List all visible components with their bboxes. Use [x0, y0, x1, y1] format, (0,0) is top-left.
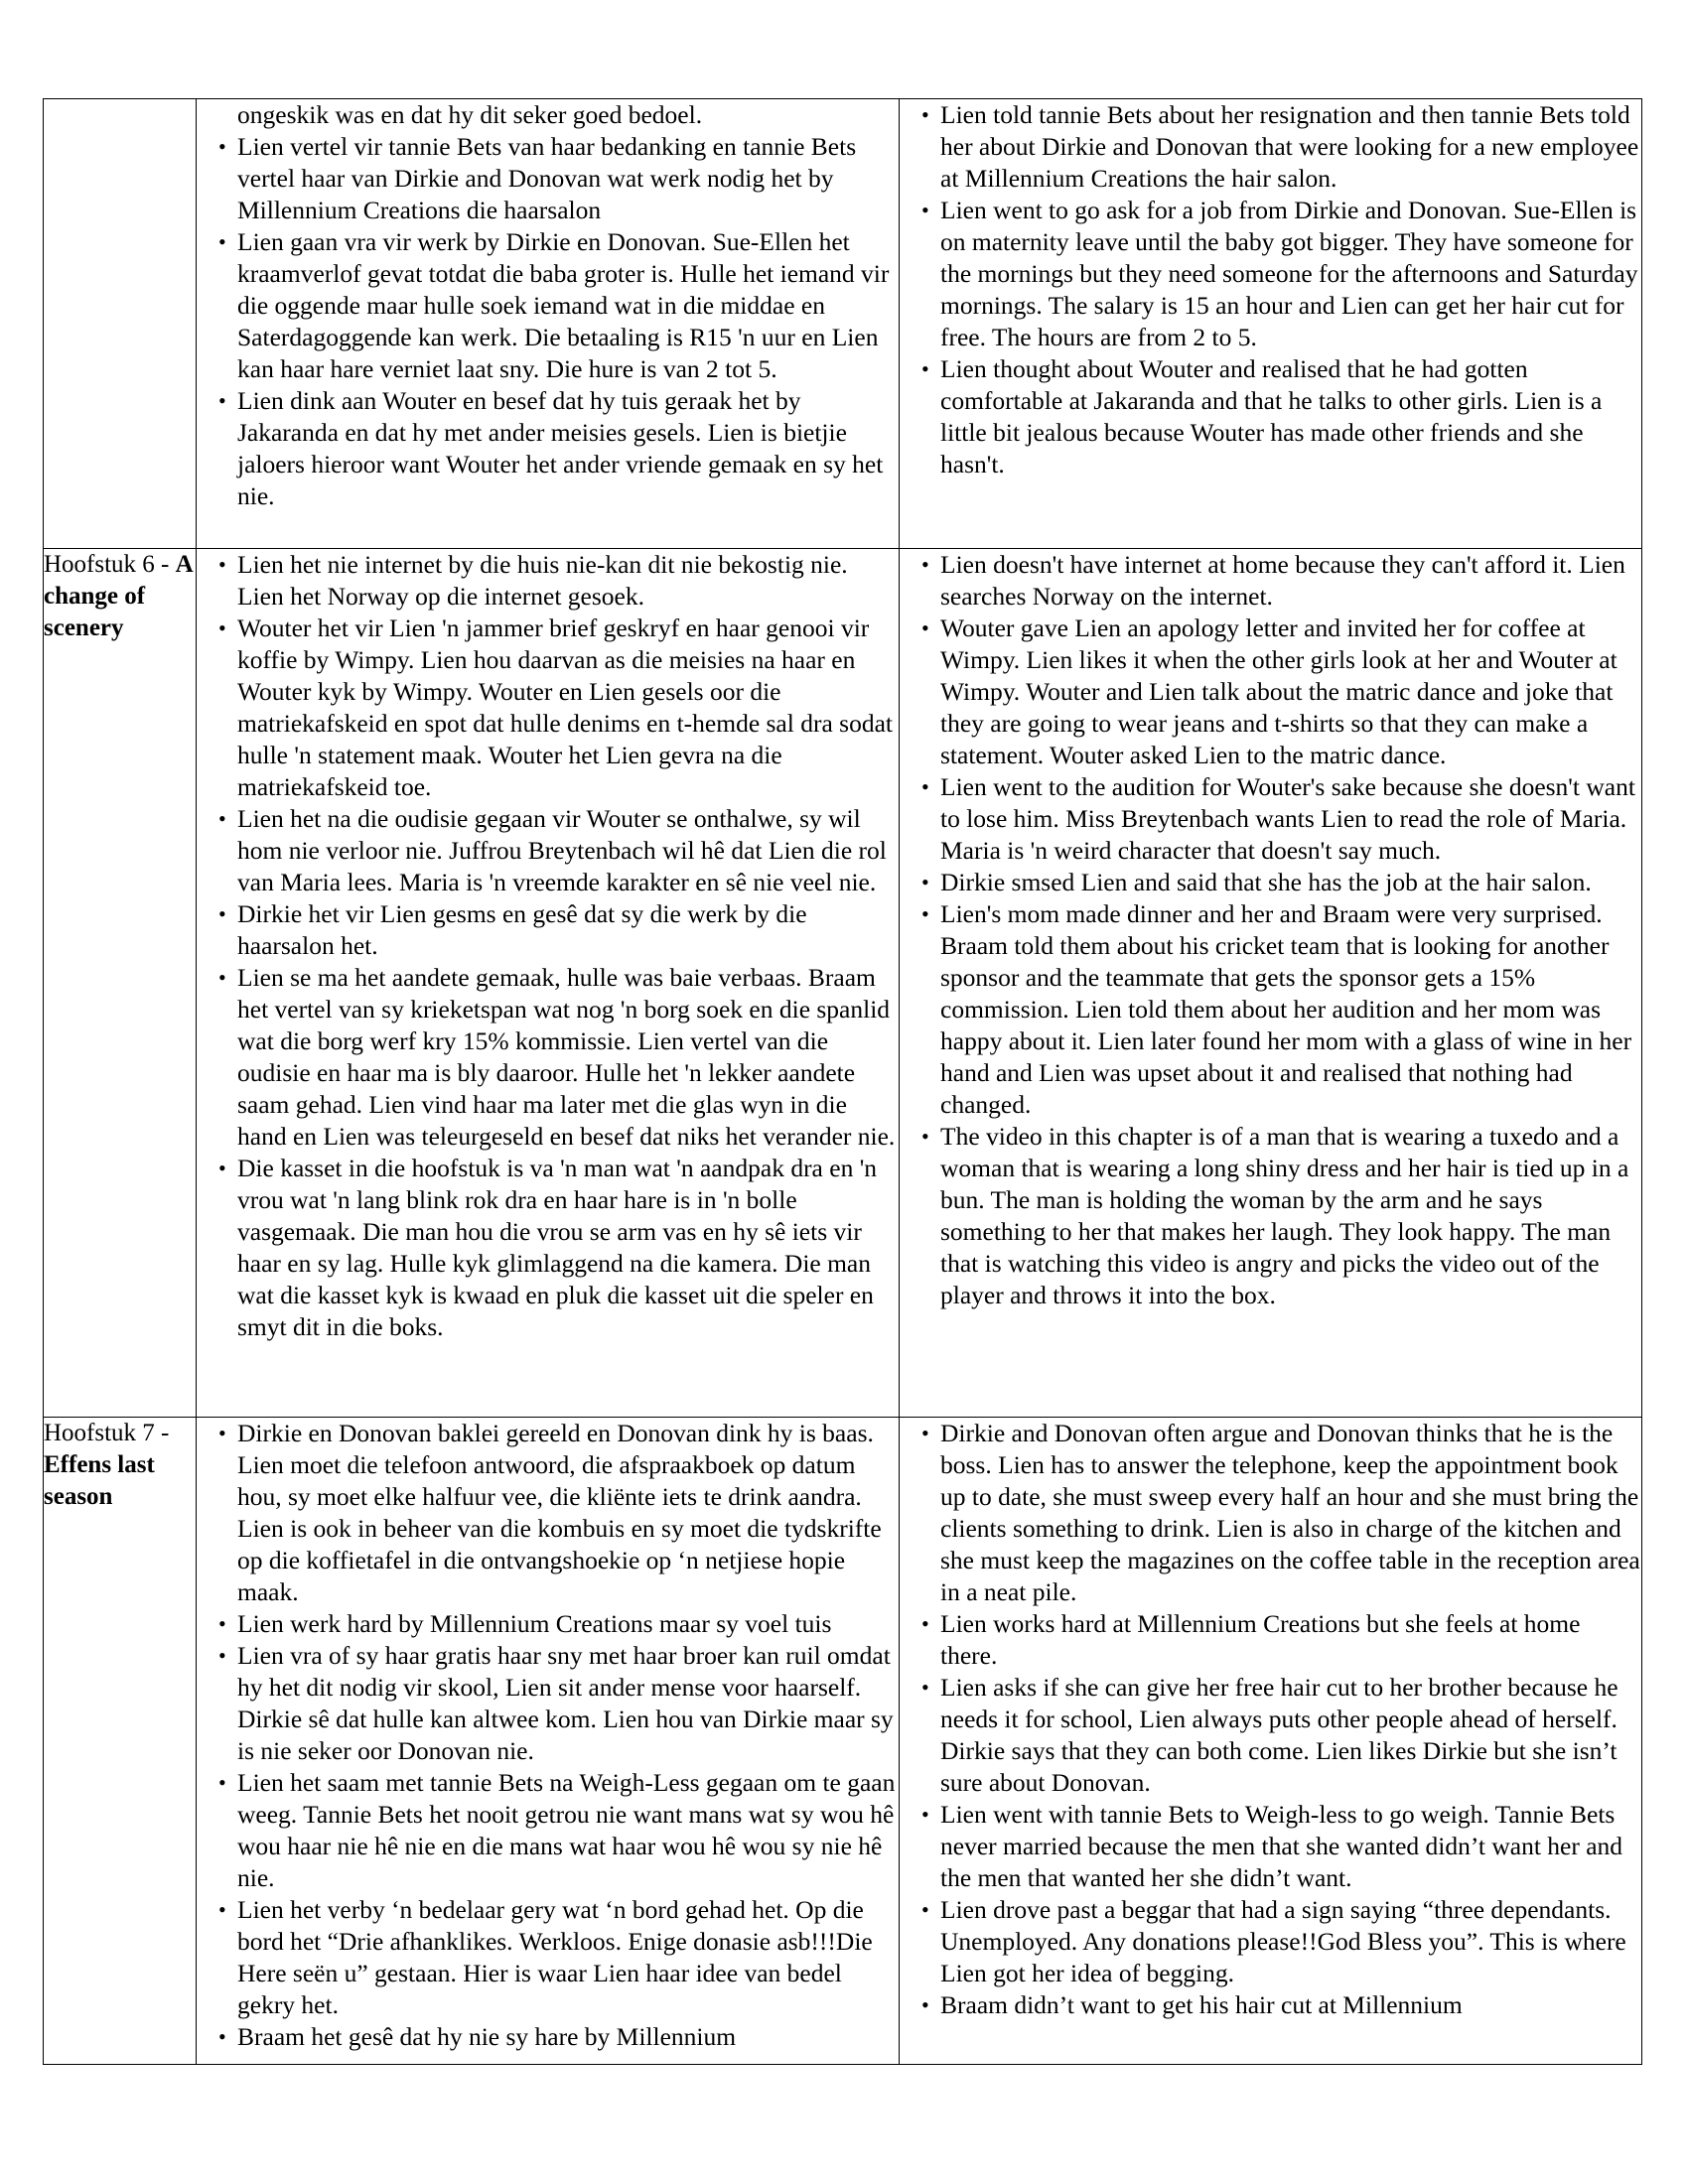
table-row: Hoofstuk 6 - A change of scenery Lien he…: [44, 549, 1642, 1418]
list-item: Die kasset in die hoofstuk is va 'n man …: [197, 1153, 899, 1343]
list-item: Lien het verby ‘n bedelaar gery wat ‘n b…: [197, 1894, 899, 2021]
list-item: Lien het saam met tannie Bets na Weigh-L…: [197, 1767, 899, 1894]
list-item: Lien told tannie Bets about her resignat…: [900, 99, 1641, 195]
list-item: Lien gaan vra vir werk by Dirkie en Dono…: [197, 226, 899, 385]
list-item: Lien drove past a beggar that had a sign…: [900, 1894, 1641, 1989]
list-item: Lien's mom made dinner and her and Braam…: [900, 898, 1641, 1121]
chapter-cell: Hoofstuk 6 - A change of scenery: [44, 549, 197, 1418]
list-item: Dirkie and Donovan often argue and Donov…: [900, 1418, 1641, 1608]
list-item: Braam het gesê dat hy nie sy hare by Mil…: [197, 2021, 899, 2053]
table-row: ongeskik was en dat hy dit seker goed be…: [44, 99, 1642, 549]
english-summary-cell: Lien told tannie Bets about her resignat…: [900, 99, 1642, 549]
chapter-cell: [44, 99, 197, 549]
afrikaans-summary-cell: Lien het nie internet by die huis nie-ka…: [197, 549, 900, 1418]
list-item: Lien dink aan Wouter en besef dat hy tui…: [197, 385, 899, 512]
chapter-summary-table: ongeskik was en dat hy dit seker goed be…: [43, 98, 1642, 2065]
afrikaans-summary-cell: ongeskik was en dat hy dit seker goed be…: [197, 99, 900, 549]
list-item: Lien se ma het aandete gemaak, hulle was…: [197, 962, 899, 1153]
table-row: Hoofstuk 7 - Effens last season Dirkie e…: [44, 1418, 1642, 2065]
english-summary-cell: Dirkie and Donovan often argue and Donov…: [900, 1418, 1642, 2065]
list-item: ongeskik was en dat hy dit seker goed be…: [197, 99, 899, 131]
list-item: Wouter het vir Lien 'n jammer brief gesk…: [197, 613, 899, 803]
list-item: Lien vra of sy haar gratis haar sny met …: [197, 1640, 899, 1767]
list-item: Lien went with tannie Bets to Weigh-less…: [900, 1799, 1641, 1894]
list-item: Lien vertel vir tannie Bets van haar bed…: [197, 131, 899, 226]
list-item: Lien went to the audition for Wouter's s…: [900, 771, 1641, 867]
list-item: Dirkie het vir Lien gesms en gesê dat sy…: [197, 898, 899, 962]
english-summary-cell: Lien doesn't have internet at home becau…: [900, 549, 1642, 1418]
afrikaans-summary-cell: Dirkie en Donovan baklei gereeld en Dono…: [197, 1418, 900, 2065]
document-page: ongeskik was en dat hy dit seker goed be…: [43, 98, 1641, 2065]
list-item: Braam didn’t want to get his hair cut at…: [900, 1989, 1641, 2021]
list-item: Lien werk hard by Millennium Creations m…: [197, 1608, 899, 1640]
list-item: Lien thought about Wouter and realised t…: [900, 353, 1641, 480]
chapter-cell: Hoofstuk 7 - Effens last season: [44, 1418, 197, 2065]
list-item: Lien doesn't have internet at home becau…: [900, 549, 1641, 613]
chapter-prefix: Hoofstuk 6 -: [44, 551, 176, 578]
chapter-title: Effens last season: [44, 1451, 155, 1510]
chapter-prefix: Hoofstuk 7 -: [44, 1420, 169, 1446]
list-item: Lien works hard at Millennium Creations …: [900, 1608, 1641, 1672]
list-item: Lien went to go ask for a job from Dirki…: [900, 195, 1641, 353]
list-item: Lien het na die oudisie gegaan vir Woute…: [197, 803, 899, 898]
list-item: Dirkie smsed Lien and said that she has …: [900, 867, 1641, 898]
list-item: The video in this chapter is of a man th…: [900, 1121, 1641, 1311]
list-item: Dirkie en Donovan baklei gereeld en Dono…: [197, 1418, 899, 1608]
list-item: Lien het nie internet by die huis nie-ka…: [197, 549, 899, 613]
list-item: Wouter gave Lien an apology letter and i…: [900, 613, 1641, 771]
list-item: Lien asks if she can give her free hair …: [900, 1672, 1641, 1799]
